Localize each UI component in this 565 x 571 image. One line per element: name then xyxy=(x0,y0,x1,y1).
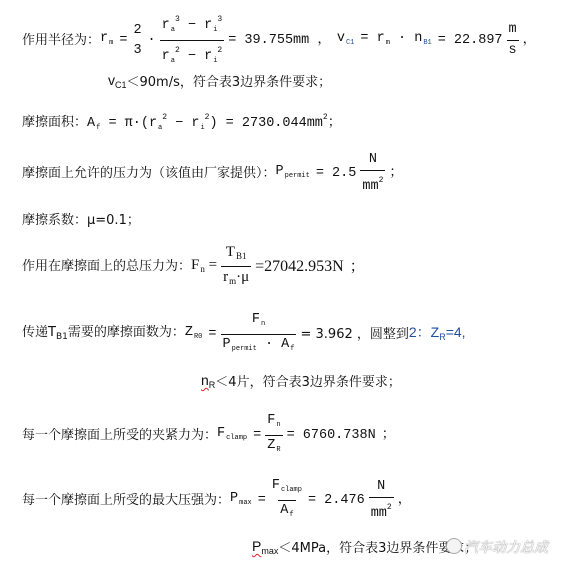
pressure-check-line: Pmax ＜4MPa，符合表3边界条件要求； xyxy=(252,538,477,559)
fraction-fn: TB1 rm·μ xyxy=(221,244,251,289)
clamp-force-result: = 6760.738N xyxy=(287,428,376,444)
fraction-two-thirds: 2 3 xyxy=(131,23,143,59)
total-pressure-line: 作用在摩擦面上的总压力为： Fn = TB1 rm·μ =27042.953N … xyxy=(22,244,365,289)
velocity-check-line: vC1 ＜90m/s，符合表3边界条件要求； xyxy=(108,72,331,93)
surfaces-check-line: nR ＜4片，符合表3边界条件要求； xyxy=(201,372,401,393)
radius-result: = 39.755mm ， xyxy=(228,33,331,49)
max-pressure-result: = 2.476 xyxy=(308,493,365,509)
friction-surfaces-line: 传递TB1需要的摩擦面数为： ZR0 = Fn Ppermit · Af = 3… xyxy=(22,312,466,357)
max-pressure-line: 每一个摩擦面上所受的最大压强为： Pmax = Fclamp Af = 2.47… xyxy=(22,478,411,523)
rounded-value: 2：ZR=4, xyxy=(409,324,466,345)
nr-symbol: nR xyxy=(201,372,215,393)
vc1-symbol: vC1 xyxy=(108,72,127,93)
clamp-force-line: 每一个摩擦面上所受的夹紧力为： Fclamp = Fn ZR = 6760.73… xyxy=(22,413,395,458)
unit-n-per-mm2: N mm2 xyxy=(360,152,385,195)
velocity-result: = 22.897 xyxy=(438,33,503,49)
permit-pressure-line: 摩擦面上允许的压力为（该值由厂家提供）： Ppermit = 2.5 N mm2… xyxy=(22,152,403,195)
wechat-logo-icon xyxy=(446,538,462,554)
fraction-zr0: Fn Ppermit · Af xyxy=(221,312,297,357)
pmax-symbol: Pmax xyxy=(252,538,278,559)
vc1-symbol: vC1 xyxy=(337,31,355,51)
friction-area-line: 摩擦面积： Af = π·(ra2 − ri2) = 2730.044mm2； xyxy=(22,110,341,136)
unit-m-per-s: m s xyxy=(507,22,519,59)
label: 作用半径为： xyxy=(22,33,100,49)
fraction-radius: ra3 − ri3 ra2 − ri2 xyxy=(160,12,225,69)
unit-n-per-mm2: N mm2 xyxy=(369,479,394,522)
watermark: 汽车动力总成 xyxy=(446,537,548,557)
fraction-pmax: Fclamp Af xyxy=(270,478,304,523)
effective-radius-line: 作用半径为： rm = 2 3 · ra3 − ri3 ra2 − ri2 = … xyxy=(22,12,536,69)
friction-coefficient-line: 摩擦系数：μ=0.1； xyxy=(22,213,140,229)
total-pressure-result: =27042.953N xyxy=(255,259,344,275)
rm-symbol: rm xyxy=(100,31,113,51)
fraction-fclamp: Fn ZR xyxy=(265,413,282,458)
